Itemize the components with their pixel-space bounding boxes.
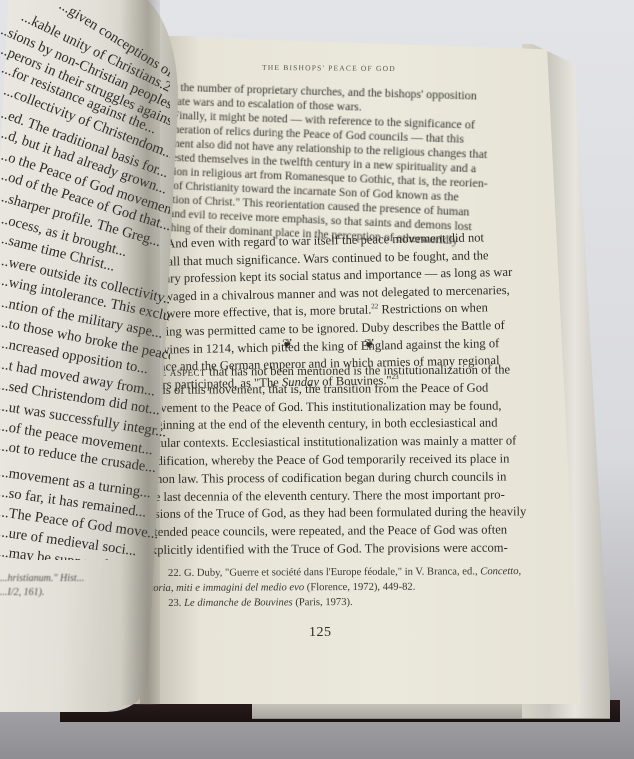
text-line: canon law. This process of codification … <box>145 468 535 489</box>
gutter-shadow-left <box>120 0 160 705</box>
footnote-text: G. Duby, "Guerre et société dans l'Europ… <box>181 566 480 579</box>
footnote-number: 22. <box>168 568 181 579</box>
footnote-23: 23. Le dimanche de Bouvines (Paris, 1973… <box>158 594 538 611</box>
footnote-italic: Le dimanche de Bouvines <box>184 597 293 609</box>
footnotes: 22. G. Duby, "Guerre et société dans l'E… <box>158 564 538 611</box>
footnote-number: 23. <box>168 598 181 609</box>
text-fragment: that has not been mentioned is the insti… <box>206 362 510 378</box>
book-photo: THE BISHOPS' PEACE OF GOD reduce the num… <box>0 0 634 759</box>
text-line: goals of this movement, that is, the tra… <box>144 379 534 400</box>
text-line: explicitly identified with the Truce of … <box>145 539 535 560</box>
text-fragment: Restrictions on when <box>378 301 488 317</box>
text-line: ...I/2, 161). <box>0 586 84 600</box>
footnote-22: 22. G. Duby, "Guerre et société dans l'E… <box>158 564 538 581</box>
footnote-text: (Florence, 1972), 449-82. <box>304 582 415 594</box>
footnote-italic: storia, miti e immagini del medio evo <box>146 582 304 594</box>
text-fragment: who were more effective, that is, more b… <box>141 303 371 321</box>
left-page-footnotes: ...hristianum." Hist... ...I/2, 161). <box>0 572 84 600</box>
institutionalization-paragraph: One aspect that has not been mentioned i… <box>144 361 535 559</box>
page-number: 125 <box>309 625 332 641</box>
text-line: ...hristianum." Hist... <box>0 572 84 586</box>
footnote-text: (Paris, 1973). <box>293 597 353 608</box>
footnote-italic: Concetto, <box>480 566 521 577</box>
fleuron-icon: ❦ <box>364 336 375 352</box>
fleuron-icon: ❦ <box>282 336 293 352</box>
